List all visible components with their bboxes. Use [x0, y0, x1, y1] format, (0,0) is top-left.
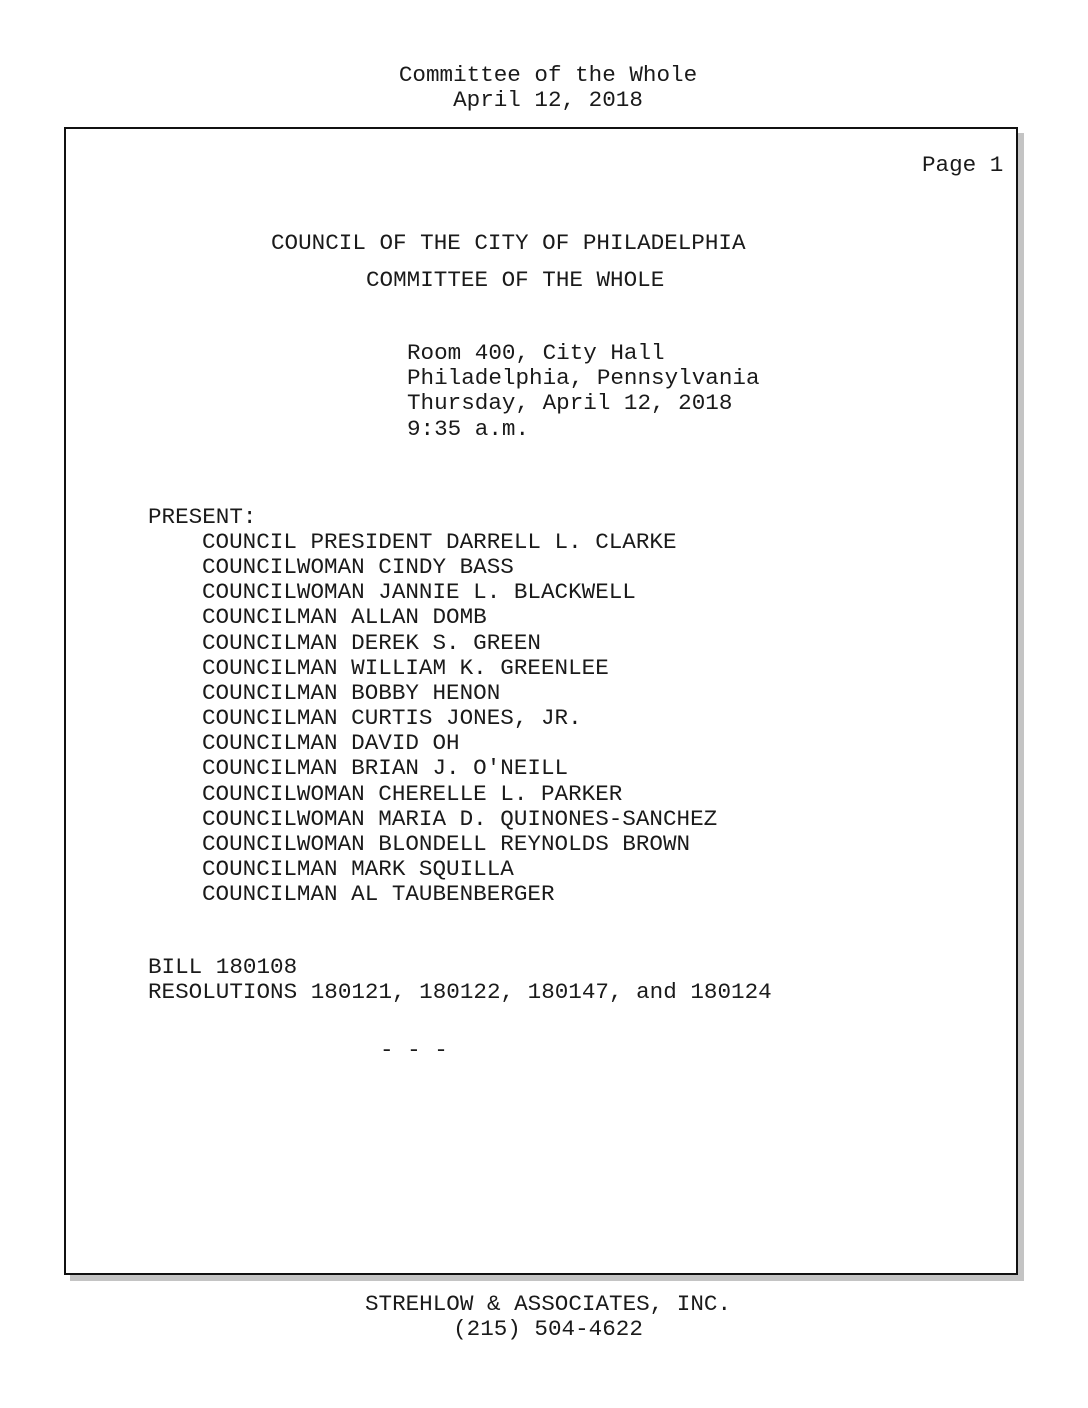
present-member: COUNCILWOMAN CINDY BASS	[202, 555, 717, 580]
meeting-city-state: Philadelphia, Pennsylvania	[407, 366, 760, 391]
heading-committee: COMMITTEE OF THE WHOLE	[366, 268, 664, 293]
present-member: COUNCILWOMAN CHERELLE L. PARKER	[202, 782, 717, 807]
present-member: COUNCILMAN ALLAN DOMB	[202, 605, 717, 630]
present-member: COUNCILWOMAN MARIA D. QUINONES-SANCHEZ	[202, 807, 717, 832]
present-member: COUNCILMAN WILLIAM K. GREENLEE	[202, 656, 717, 681]
running-footer: STREHLOW & ASSOCIATES, INC. (215) 504-46…	[0, 1292, 1088, 1342]
present-member: COUNCILMAN MARK SQUILLA	[202, 857, 717, 882]
section-separator: - - -	[380, 1038, 448, 1063]
present-member: COUNCILMAN BOBBY HENON	[202, 681, 717, 706]
meeting-location: Room 400, City Hall	[407, 341, 665, 366]
running-header: Committee of the Whole April 12, 2018	[0, 63, 1088, 113]
page-number: Page 1	[922, 153, 1003, 178]
agenda-resolutions: RESOLUTIONS 180121, 180122, 180147, and …	[148, 980, 772, 1005]
present-member: COUNCIL PRESIDENT DARRELL L. CLARKE	[202, 530, 717, 555]
present-member: COUNCILMAN CURTIS JONES, JR.	[202, 706, 717, 731]
present-members-list: COUNCIL PRESIDENT DARRELL L. CLARKE COUN…	[202, 530, 717, 907]
present-member: COUNCILMAN DAVID OH	[202, 731, 717, 756]
footer-company: STREHLOW & ASSOCIATES, INC.	[4, 1292, 1088, 1317]
footer-phone: (215) 504-4622	[4, 1317, 1088, 1342]
meeting-date: Thursday, April 12, 2018	[407, 391, 732, 416]
present-member: COUNCILWOMAN JANNIE L. BLACKWELL	[202, 580, 717, 605]
present-member: COUNCILMAN BRIAN J. O'NEILL	[202, 756, 717, 781]
present-label: PRESENT:	[148, 505, 256, 530]
present-member: COUNCILWOMAN BLONDELL REYNOLDS BROWN	[202, 832, 717, 857]
present-member: COUNCILMAN DEREK S. GREEN	[202, 631, 717, 656]
heading-council: COUNCIL OF THE CITY OF PHILADELPHIA	[271, 231, 746, 256]
meeting-time: 9:35 a.m.	[407, 417, 529, 442]
present-member: COUNCILMAN AL TAUBENBERGER	[202, 882, 717, 907]
running-header-title: Committee of the Whole	[4, 63, 1088, 88]
agenda-bill: BILL 180108	[148, 955, 297, 980]
running-header-date: April 12, 2018	[4, 88, 1088, 113]
